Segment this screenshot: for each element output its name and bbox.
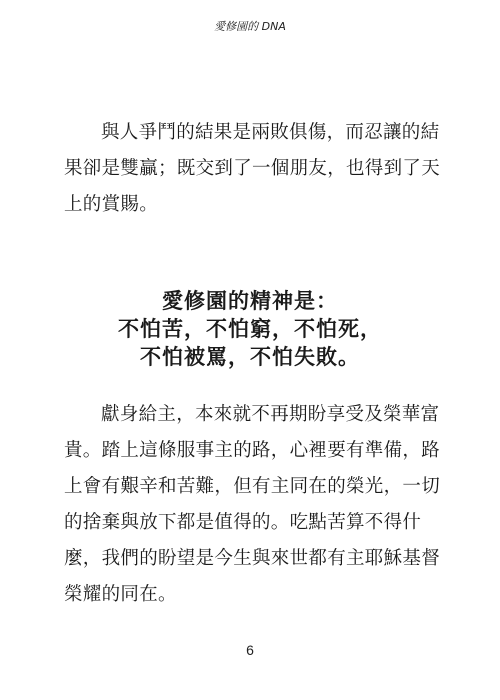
running-header: 愛修園的 DNA [0,18,500,34]
paragraph-line: 果卻是雙贏；既交到了一個朋友，也得到了天 [64,151,444,187]
paragraph-line: 上的賞賜。 [64,187,444,223]
page-number: 6 [0,642,500,658]
paragraph-line: 榮耀的同在。 [64,577,444,613]
paragraph-line: 獻身給主，本來就不再期盼享受及榮華富 [64,397,444,433]
paragraph-dedication: 獻身給主，本來就不再期盼享受及榮華富 貴。踏上這條服事主的路，心裡要有準備，路 … [64,397,444,613]
motto-block: 愛修園的精神是： 不怕苦，不怕窮，不怕死， 不怕被罵，不怕失敗。 [0,287,500,371]
motto-line: 不怕苦，不怕窮，不怕死， [0,315,500,343]
paragraph-line: 貴。踏上這條服事主的路，心裡要有準備，路 [64,433,444,469]
paragraph-conflict: 與人爭鬥的結果是兩敗俱傷，而忍讓的結 果卻是雙贏；既交到了一個朋友，也得到了天 … [64,115,444,223]
paragraph-line: 與人爭鬥的結果是兩敗俱傷，而忍讓的結 [64,115,444,151]
paragraph-line: 麼，我們的盼望是今生與來世都有主耶穌基督 [64,541,444,577]
paragraph-line: 上會有艱辛和苦難，但有主同在的榮光，一切 [64,469,444,505]
motto-line: 不怕被罵，不怕失敗。 [0,343,500,371]
paragraph-line: 的捨棄與放下都是值得的。吃點苦算不得什 [64,505,444,541]
motto-heading: 愛修園的精神是： [0,287,500,315]
